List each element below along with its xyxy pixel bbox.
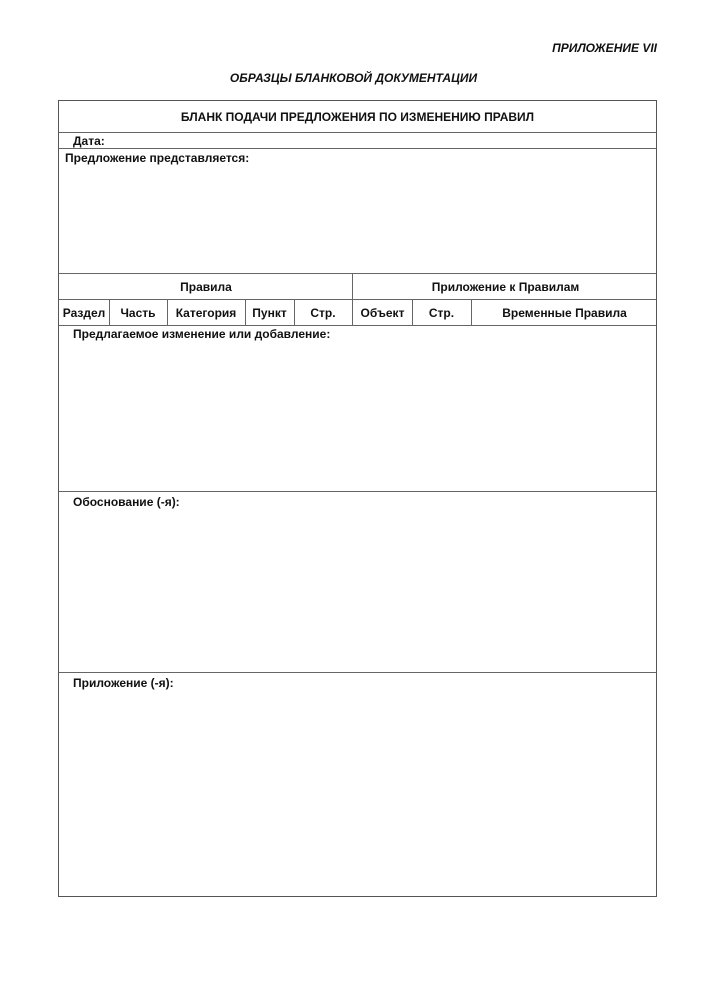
column-appendix-page: Стр. (412, 306, 471, 320)
justification-field[interactable]: Обоснование (-я): (59, 492, 656, 672)
column-section: Раздел (59, 306, 109, 320)
form-title: БЛАНК ПОДАЧИ ПРЕДЛОЖЕНИЯ ПО ИЗМЕНЕНИЮ ПР… (59, 110, 656, 124)
column-category: Категория (167, 306, 245, 320)
column-clause: Пункт (245, 306, 294, 320)
appendix-label: ПРИЛОЖЕНИЕ VII (552, 41, 657, 55)
submitted-by-field[interactable]: Предложение представляется: (59, 149, 656, 274)
column-temporary-rules: Временные Правила (471, 306, 658, 320)
proposal-form: БЛАНК ПОДАЧИ ПРЕДЛОЖЕНИЯ ПО ИЗМЕНЕНИЮ ПР… (58, 100, 657, 897)
submitted-by-label: Предложение представляется: (65, 151, 249, 165)
date-label: Дата: (73, 134, 105, 148)
proposed-change-label: Предлагаемое изменение или добавление: (73, 327, 330, 341)
justification-label: Обоснование (-я): (73, 495, 180, 509)
column-part: Часть (109, 306, 167, 320)
document-heading: ОБРАЗЦЫ БЛАНКОВОЙ ДОКУМЕНТАЦИИ (0, 71, 707, 85)
date-field[interactable]: Дата: (59, 133, 656, 149)
column-object: Объект (353, 306, 412, 320)
proposed-change-field[interactable]: Предлагаемое изменение или добавление: (59, 326, 656, 491)
column-page: Стр. (294, 306, 352, 320)
rules-group-label: Правила (59, 280, 353, 294)
divider (59, 273, 656, 274)
appendix-group-label: Приложение к Правилам (353, 280, 658, 294)
divider (59, 299, 656, 300)
attachments-field[interactable]: Приложение (-я): (59, 673, 656, 896)
attachments-label: Приложение (-я): (73, 676, 174, 690)
